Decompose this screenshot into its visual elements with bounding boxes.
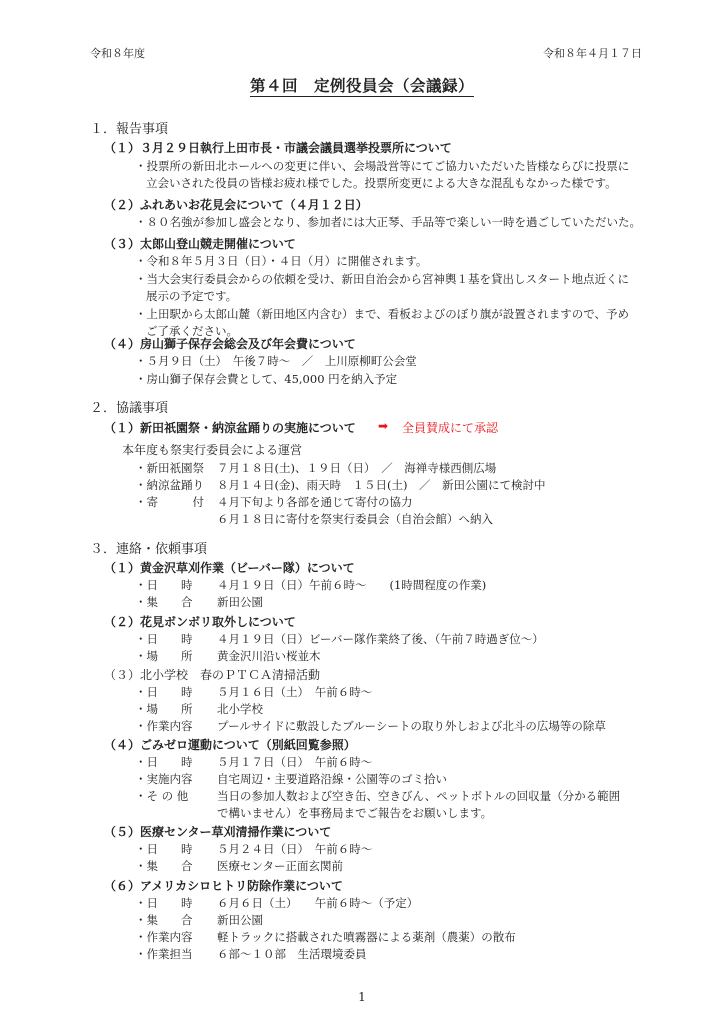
- report-item-1-line: ・投票所の新田北ホールへの変更に伴い、会場設営等にてご協力いただいた皆様ならびに…: [135, 158, 629, 174]
- report-item-1-line: 立会いされた役員の皆様お疲れ様でした。投票所変更による大きな混乱もなかった様です…: [146, 175, 617, 191]
- document-date: 令和８年４月１７日: [543, 45, 642, 61]
- notice-item-6-title: （６）アメリカシロヒトリ防除作業について: [104, 877, 343, 894]
- report-item-1-title: （１）３月２９日執行上田市長・市議会議員選挙投票所について: [104, 139, 452, 156]
- report-item-3-title: （３）太郎山登山競走開催について: [104, 235, 296, 252]
- notice-item-4-title: （４）ごみゼロ運動について（別紙回覧参照）: [104, 736, 356, 753]
- notice-row: で構いません）を事務局までご報告をお願いします。: [135, 805, 492, 821]
- notice-row: ・日 時５月１７日（日） 午前６時～: [135, 754, 372, 770]
- notice-row: ・日 時４月１９日（日）ビーバー隊作業終了後、（午前７時過ぎ位～）: [135, 631, 544, 647]
- notice-item-2-title: （２）花見ボンボリ取外しについて: [104, 613, 296, 630]
- discussion-row: ・納涼盆踊り８月１４日(金)、雨天時 １５日(土) ／ 新田公園にて検討中: [135, 477, 545, 493]
- arrow-right-icon: ➡: [378, 419, 388, 433]
- report-item-3-line: ・当大会実行委員会からの依頼を受け、新田自治会から宮神輿１基を貸出しスタート地点…: [135, 271, 629, 287]
- discussion-row: ・寄 付４月下旬より各部を通じて寄付の協力: [135, 494, 413, 510]
- notice-row: ・場 所北小学校: [135, 701, 263, 717]
- notice-item-1-title: （１）黄金沢草刈作業（ビーバー隊）について: [104, 559, 355, 576]
- notice-row: ・日 時５月１６日（土） 午前６時～: [135, 684, 372, 700]
- notice-row: ・作業内容プールサイドに敷設したブルーシートの取り外しおよび北斗の広場等の除草: [135, 718, 606, 734]
- fiscal-year: 令和８年度: [90, 45, 145, 61]
- page-title: 第４回 定例役員会（会議録）: [0, 74, 724, 96]
- notice-row: ・実施内容自宅周辺・主要道路沿線・公園等のゴミ拾い: [135, 771, 447, 787]
- discussion-row: ・新田祇園祭７月１８日(土)、１９日（日） ／ 海禅寺様西側広場: [135, 460, 496, 476]
- discussion-subheading: 本年度も祭実行委員会による運営: [122, 441, 302, 458]
- report-item-3-line: ・令和８年５月３日（日）・４日（月）に開催されます。: [135, 253, 427, 269]
- approval-result: 全員賛成にて承認: [402, 419, 498, 436]
- notice-row: ・集 合医療センター正面玄関前: [135, 858, 343, 874]
- notice-row: ・日 時４月１９日（日）午前６時～ (1時間程度の作業): [135, 577, 486, 593]
- notice-row: ・作業内容軽トラックに搭載された噴霧器による薬剤（農薬）の散布: [135, 929, 516, 945]
- report-item-4-line: ・５月９日（土） 午後７時～ ／ 上川原柳町公会堂: [135, 353, 417, 369]
- notice-item-5-title: （５）医療センター草刈清掃作業について: [104, 823, 331, 840]
- notice-row: ・そ の 他当日の参加人数および空き缶、空きびん、ペットボトルの回収量（分かる範…: [135, 788, 620, 804]
- report-item-3-line: ・上田駅から太郎山麓（新田地区内含む）まで、看板およびのぼり旗が設置されますので…: [135, 306, 629, 322]
- notice-row: ・日 時６月６日（土） 午前６時～（予定）: [135, 895, 418, 911]
- notice-row: ・集 合新田公園: [135, 594, 263, 610]
- notice-row: ・日 時５月２４日（日） 午前６時～: [135, 841, 372, 857]
- page-number: 1: [0, 990, 724, 1004]
- discussion-item-1-title: （１）新田祇園祭・納涼盆踊りの実施について: [104, 419, 356, 436]
- notice-row: ・作業担当６部～１０部 生活環境委員: [135, 946, 367, 962]
- discussion-row: ６月１８日に寄付を祭実行委員会（自治会館）へ納入: [135, 511, 493, 527]
- report-item-4-line: ・房山獅子保存会費として、45,000 円を納入予定: [135, 371, 397, 387]
- notice-row: ・場 所黄金沢川沿い桜並木: [135, 648, 321, 664]
- report-item-4-title: （４）房山獅子保存会総会及び年会費について: [104, 335, 356, 352]
- notice-row: ・集 合新田公園: [135, 912, 263, 928]
- notice-item-3-title: （３）北小学校 春のＰＴＣＡ清掃活動: [104, 666, 320, 683]
- section-heading-notices: ３．連絡・依頼事項: [90, 538, 207, 557]
- report-item-3-line: 展示の予定です。: [146, 288, 237, 304]
- section-heading-discussion: ２．協議事項: [90, 397, 168, 416]
- section-heading-reports: １．報告事項: [90, 118, 168, 137]
- report-item-2-line: ・８０名強が参加し盛会となり、参加者には大正琴、手品等で楽しい一時を過ごしていた…: [135, 214, 641, 230]
- report-item-2-title: （２）ふれあいお花見会について（４月１２日）: [104, 196, 368, 213]
